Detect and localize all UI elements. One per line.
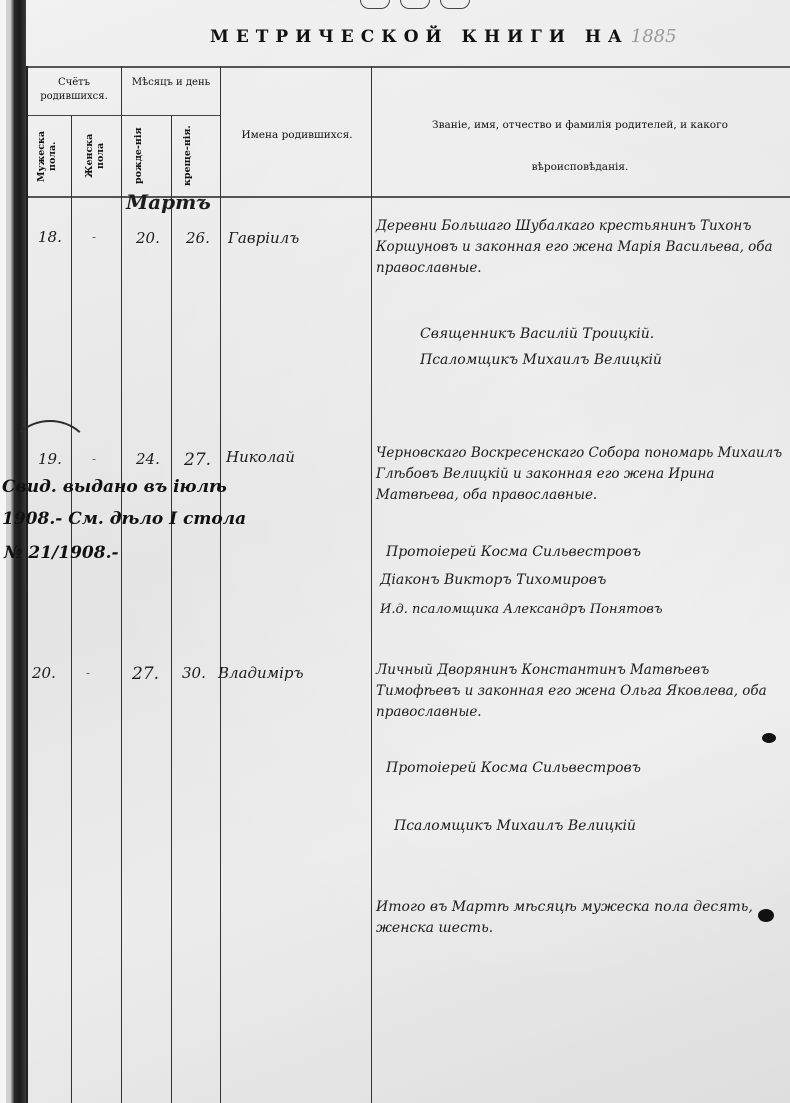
birth-day: 20. [136,229,160,247]
header-count-group: Счётъ родившихся. [28,76,120,104]
birth-day: 24. [136,450,160,468]
parents-text: Черновскаго Воскресенскаго Собора понома… [376,443,786,506]
signature-psalmist: Псаломщикъ Михаилъ Велицкій [420,352,662,368]
col-border-5 [371,66,372,1103]
signature-deacon: Діаконъ Викторъ Тихомировъ [380,572,606,588]
register-page: МЕТРИЧЕСКОЙ КНИГИ НА1885 Счётъ родившихс… [0,0,790,1103]
month-label: Мартъ [126,190,211,214]
header-names: Имена родившихся. [224,128,370,142]
male-number: 18. [38,228,62,246]
margin-note-line-2: 1908.- См. дѣло I стола [2,506,246,532]
crest-ornament-icon [360,0,470,10]
header-parents: Званіе, имя, отчество и фамилія родителе… [390,104,770,188]
signature-archpriest: Протоіерей Косма Сильвестровъ [386,760,641,776]
baptism-day: 27. [184,450,211,470]
header-date-baptism: креще-нія. [182,124,208,188]
female-number: - [86,666,90,680]
female-number: - [92,230,96,244]
baptism-day: 30. [182,664,206,682]
child-name: Николай [226,448,295,466]
header-mid-rule [26,115,220,116]
signature-psalmist: Псаломщикъ Михаилъ Велицкій [394,818,636,834]
col-border-4 [220,66,221,1103]
col-border-left [26,66,28,1103]
signature-psalmist: И.д. псаломщика Александръ Понятовъ [380,602,663,617]
male-number: 20. [32,664,56,682]
page-title: МЕТРИЧЕСКОЙ КНИГИ НА1885 [210,26,670,56]
col-border-2 [121,66,122,1103]
margin-note-line-1: Свид. выдано въ іюлѣ [2,474,227,500]
header-count-female: Женска пола [84,124,110,188]
birth-day: 27. [132,664,159,684]
header-date-group: Мѣсяцъ и день [123,76,219,90]
col-border-3 [171,115,172,1103]
child-name: Гавріилъ [228,229,299,247]
baptism-day: 26. [186,229,210,247]
female-number: - [92,452,96,466]
month-summary: Итого въ Мартѣ мѣсяцѣ мужеска пола десят… [376,897,766,939]
table-top-rule [26,66,790,68]
parents-text: Личный Дворянинъ Константинъ Матвѣевъ Ти… [376,660,776,723]
header-date-birth: рожде-нія [133,124,159,188]
header-count-male: Мужеска пола. [36,124,62,188]
signature-priest: Священникъ Василій Троицкій. [420,326,654,342]
male-number: 19. [38,450,62,468]
child-name: Владиміръ [218,664,304,682]
signature-archpriest: Протоіерей Косма Сильвестровъ [386,544,641,560]
title-text: МЕТРИЧЕСКОЙ КНИГИ НА [210,27,629,47]
ink-blot-mark [762,733,776,743]
paper-hole-mark [758,909,774,922]
title-year: 1885 [631,26,677,47]
margin-note-line-3: № 21/1908.- [4,540,119,566]
col-border-1 [71,115,72,1103]
parents-text: Деревни Большаго Шубалкаго крестьянинъ Т… [376,216,786,279]
